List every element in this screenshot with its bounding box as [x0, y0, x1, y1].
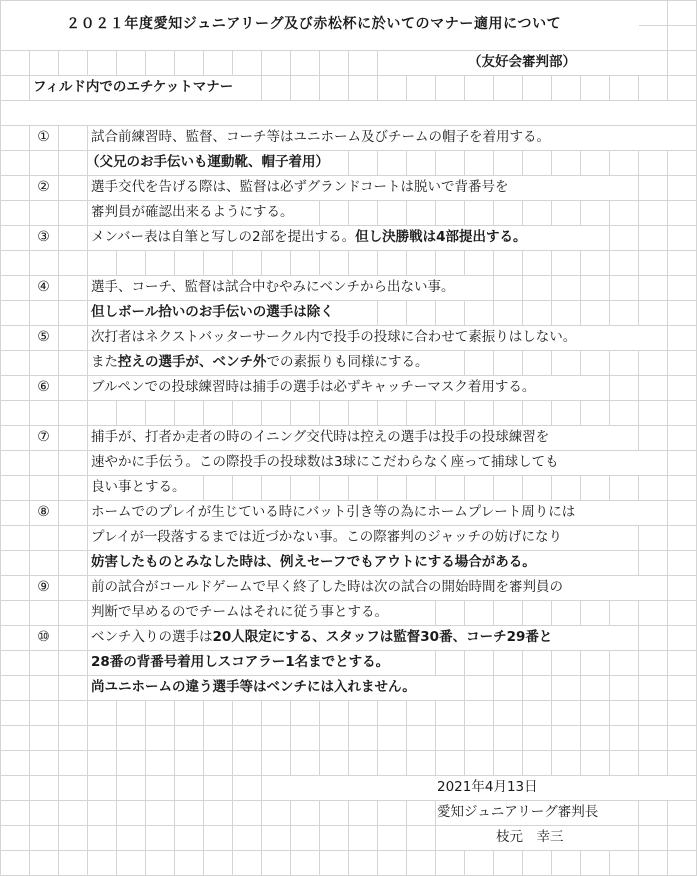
rule-line: 選手、コーチ、監督は試合中むやみにベンチから出ない事。 — [91, 275, 455, 300]
rule-number: ④ — [29, 275, 58, 300]
rule-text-emphasis: 28番の背番号着用しスコアラー1名までとする。 — [91, 654, 389, 670]
rule-line: 試合前練習時、監督、コーチ等はユニホーム及びチームの帽子を着用する。 — [91, 125, 550, 150]
rule-number: ⑥ — [29, 375, 58, 400]
rule-number: ⑤ — [29, 325, 58, 350]
rule-text: ブルペンでの投球練習時は捕手の選手は必ずキャッチーマスク着用する。 — [91, 379, 535, 395]
rule-line: 判断で早めるのでチームはそれに従う事とする。 — [91, 600, 388, 625]
rule-line: 但しボール拾いのお手伝いの選手は除く — [91, 300, 334, 325]
rule-text: また — [91, 354, 118, 370]
rule-text: 審判員が確認出来るようにする。 — [91, 204, 294, 220]
rule-text: プレイが一段落するまでは近づかない事。この際審判のジャッチの妨げになり — [91, 529, 562, 545]
rule-line: メンバー表は自筆と写しの2部を提出する。但し決勝戦は4部提出する。 — [91, 225, 527, 250]
rule-text-emphasis: 妨害したものとみなした時は、例えセーフでもアウトにする場合がある。 — [91, 554, 536, 570]
rule-text: 選手交代を告げる際は、監督は必ずグランドコートは脱いで背番号を — [91, 179, 509, 195]
rule-text-emphasis: 但しボール拾いのお手伝いの選手は除く — [91, 304, 334, 320]
rule-number: ⑩ — [29, 625, 58, 650]
rule-text: 前の試合がコールドゲームで早く終了した時は次の試合の開始時間を審判員の — [91, 579, 563, 595]
section-title: フィルド内でのエチケットマナー — [33, 75, 233, 100]
blank-merged-row-1 — [1, 101, 697, 125]
rule-text-emphasis: （父兄のお手伝いも運動靴、帽子着用） — [86, 154, 329, 170]
rule-line: （父兄のお手伝いも運動靴、帽子着用） — [86, 150, 329, 175]
issuing-organization: 愛知ジュニアリーグ審判長 — [437, 800, 598, 825]
rule-number: ① — [29, 125, 58, 150]
rule-text-emphasis: 尚ユニホームの違う選手等はベンチには入れません。 — [91, 679, 416, 695]
rule-line: また控えの選手が、ベンチ外での素振りも同様にする。 — [91, 350, 429, 375]
rule-number: ⑧ — [29, 500, 58, 525]
rule-text: ホームでのプレイが生じている時にバット引き等の為にホームプレート周りには — [91, 504, 575, 520]
rule-text-emphasis: 控えの選手が、ベンチ外 — [118, 354, 267, 370]
rule-line: ブルペンでの投球練習時は捕手の選手は必ずキャッチーマスク着用する。 — [91, 375, 535, 400]
rule-text: 捕手が、打者か走者の時のイニング交代時は控えの選手は投手の投球練習を — [91, 429, 549, 445]
rule-text: ベンチ入りの選手は — [91, 629, 213, 645]
rule-line: 妨害したものとみなした時は、例えセーフでもアウトにする場合がある。 — [91, 550, 536, 575]
rule-line: 28番の背番号着用しスコアラー1名までとする。 — [91, 650, 389, 675]
signatory-name: 枝元 幸三 — [496, 825, 564, 850]
page-title: ２０２１年度愛知ジュニアリーグ及び赤松杯に於いてのマナー適用について — [66, 12, 561, 37]
rule-line: 捕手が、打者か走者の時のイニング交代時は控えの選手は投手の投球練習を — [91, 425, 549, 450]
rule-number: ③ — [29, 225, 58, 250]
rule-number: ⑦ — [29, 425, 58, 450]
rule-line: 前の試合がコールドゲームで早く終了した時は次の試合の開始時間を審判員の — [91, 575, 563, 600]
rule-text: 試合前練習時、監督、コーチ等はユニホーム及びチームの帽子を着用する。 — [91, 129, 550, 145]
rule-line: 選手交代を告げる際は、監督は必ずグランドコートは脱いで背番号を — [91, 175, 509, 200]
rule-line: 次打者はネクストバッターサークル内で投手の投球に合わせて素振りはしない。 — [91, 325, 576, 350]
rule-line: 審判員が確認出来るようにする。 — [91, 200, 294, 225]
rule-line: 尚ユニホームの違う選手等はベンチには入れません。 — [91, 675, 416, 700]
rule-text: 判断で早めるのでチームはそれに従う事とする。 — [91, 604, 388, 620]
rule-line: ベンチ入りの選手は20人限定にする、スタッフは監督30番、コーチ29番と — [91, 625, 552, 650]
rule-text: 選手、コーチ、監督は試合中むやみにベンチから出ない事。 — [91, 279, 455, 295]
rule-number: ⑨ — [29, 575, 58, 600]
rule-number: ② — [29, 175, 58, 200]
document-date: 2021年4月13日 — [437, 775, 538, 800]
rule-line: 良い事とする。 — [91, 475, 186, 500]
rule-text: 良い事とする。 — [91, 479, 186, 495]
rule-line: 速やかに手伝う。この際投手の投球数は3球にこだわらなく座って捕球しても — [91, 450, 559, 475]
rule-text-emphasis: 但し決勝戦は4部提出する。 — [355, 229, 526, 245]
rule-text: メンバー表は自筆と写しの2部を提出する。 — [91, 229, 355, 245]
rule-text-emphasis: 20人限定にする、スタッフは監督30番、コーチ29番と — [213, 629, 553, 645]
rule-line: プレイが一段落するまでは近づかない事。この際審判のジャッチの妨げになり — [91, 525, 562, 550]
rule-text: 次打者はネクストバッターサークル内で投手の投球に合わせて素振りはしない。 — [91, 329, 576, 345]
rule-text: 速やかに手伝う。この際投手の投球数は3球にこだわらなく座って捕球しても — [91, 454, 559, 470]
rule-line: ホームでのプレイが生じている時にバット引き等の為にホームプレート周りには — [91, 500, 575, 525]
department-label: （友好会審判部） — [468, 50, 576, 75]
rule-text: での素振りも同様にする。 — [267, 354, 429, 370]
